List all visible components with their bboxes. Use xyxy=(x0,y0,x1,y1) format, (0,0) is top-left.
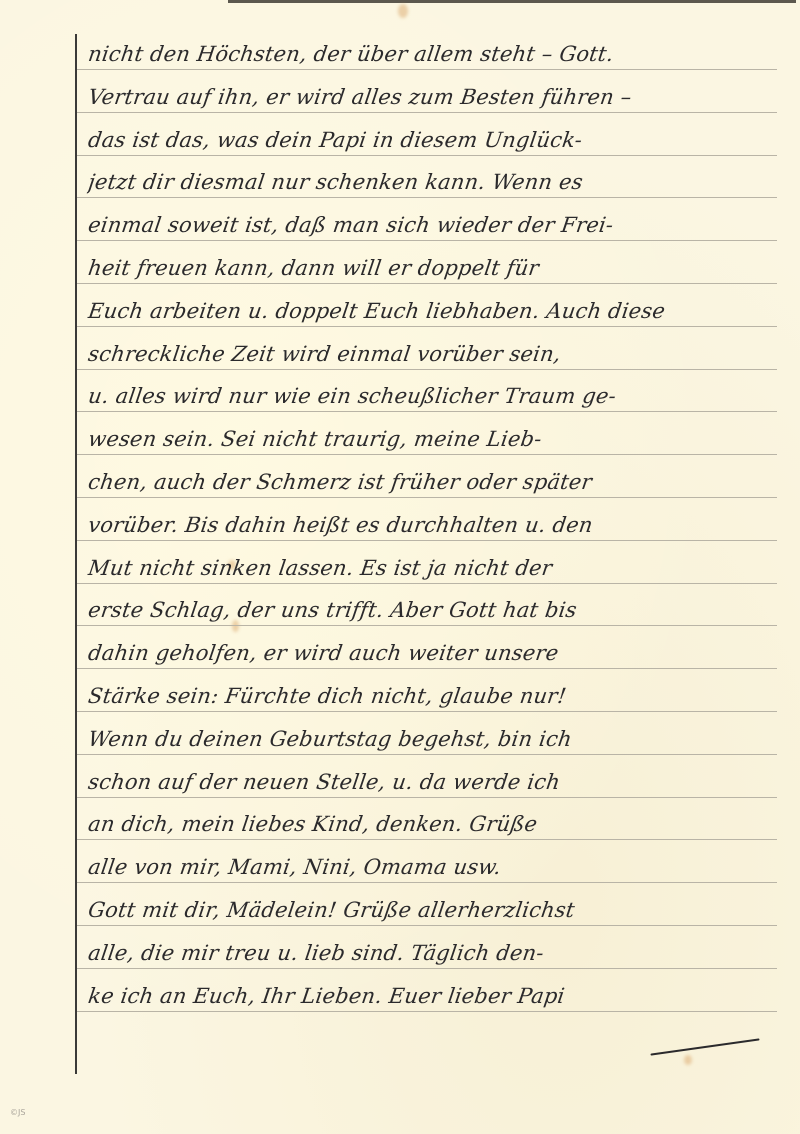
letter-line: das ist das, was dein Papi in diesem Ung… xyxy=(86,123,771,157)
letter-line: Gott mit dir, Mädelein! Grüße allerherzl… xyxy=(86,893,771,927)
letter-line: dahin geholfen, er wird auch weiter unse… xyxy=(86,636,771,670)
underlying-sheet-edge xyxy=(228,0,796,3)
letter-line: Euch arbeiten u. doppelt Euch liebhaben.… xyxy=(86,294,771,328)
letter-line: jetzt dir diesmal nur schenken kann. Wen… xyxy=(86,165,771,199)
letter-line: u. alles wird nur wie ein scheußlicher T… xyxy=(86,379,771,413)
letter-line: vorüber. Bis dahin heißt es durchhalten … xyxy=(86,508,771,542)
letter-page: nicht den Höchsten, der über allem steht… xyxy=(0,0,800,1134)
letter-line: schon auf der neuen Stelle, u. da werde … xyxy=(86,765,771,799)
letter-line: alle von mir, Mami, Nini, Omama usw. xyxy=(86,850,771,884)
letter-line: erste Schlag, der uns trifft. Aber Gott … xyxy=(86,593,771,627)
letter-line: Mut nicht sinken lassen. Es ist ja nicht… xyxy=(86,551,771,585)
letter-line: wesen sein. Sei nicht traurig, meine Lie… xyxy=(86,422,771,456)
footer-mark: ©JS xyxy=(10,1108,25,1117)
letter-line: nicht den Höchsten, der über allem steht… xyxy=(86,37,771,71)
signature-flourish xyxy=(650,1038,759,1055)
letter-line: chen, auch der Schmerz ist früher oder s… xyxy=(86,465,771,499)
paper-stain xyxy=(684,1055,692,1065)
letter-line: Vertrau auf ihn, er wird alles zum Beste… xyxy=(86,80,771,114)
letter-line-with-signature: ke ich an Euch, Ihr Lieben. Euer lieber … xyxy=(86,979,771,1013)
letter-line: an dich, mein liebes Kind, denken. Grüße xyxy=(86,807,771,841)
letter-line: einmal soweit ist, daß man sich wieder d… xyxy=(86,208,771,242)
margin-line xyxy=(75,34,77,1074)
letter-line: Stärke sein: Fürchte dich nicht, glaube … xyxy=(86,679,771,713)
letter-line: alle, die mir treu u. lieb sind. Täglich… xyxy=(86,936,771,970)
letter-line: heit freuen kann, dann will er doppelt f… xyxy=(86,251,771,285)
letter-line: Wenn du deinen Geburtstag begehst, bin i… xyxy=(86,722,771,756)
paper-stain xyxy=(398,4,408,18)
letter-line: schreckliche Zeit wird einmal vorüber se… xyxy=(86,337,771,371)
